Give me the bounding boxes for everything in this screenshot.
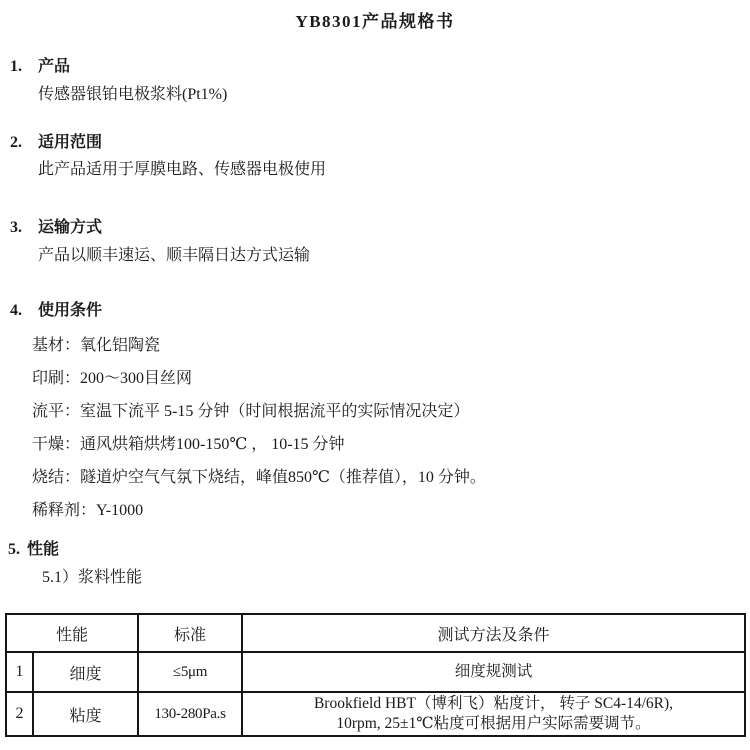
table-header-row: 性能 标准 测试方法及条件 [6,614,745,652]
table-row: 1 细度 ≤5μm 细度规测试 [6,652,745,692]
section-2-title: 适用范围 [38,133,102,153]
section-1-heading: 1. 产品 [0,57,750,77]
row-index-cell: 2 [6,692,33,736]
section-4-item-sintering: 烧结：隧道炉空气气氛下烧结，峰值850℃（推荐值），10 分钟。 [32,468,750,488]
row-standard-cell: 130-280Pa.s [138,692,242,736]
section-3-title: 运输方式 [38,218,102,238]
row-property-cell: 粘度 [33,692,138,736]
table-row: 2 粘度 130-280Pa.s Brookfield HBT（博利飞）粘度计，… [6,692,745,736]
section-5-title: 性能 [27,540,59,560]
table-header-method: 测试方法及条件 [242,614,745,652]
method-line: 10rpm, 25±1℃粘度可根据用户实际需要调节。 [245,714,742,734]
row-method-cell: 细度规测试 [242,652,745,692]
method-line: 细度规测试 [245,662,742,682]
table-header-standard: 标准 [138,614,242,652]
section-4-heading: 4. 使用条件 [0,301,750,321]
section-3-number: 3. [10,218,38,238]
section-4-item-printing: 印刷：200～300目丝网 [32,369,750,389]
section-3-heading: 3. 运输方式 [0,218,750,238]
section-1-body-line: 传感器银铂电极浆料(Pt1%) [38,85,750,105]
section-2-body-line: 此产品适用于厚膜电路、传感器电极使用 [38,160,750,180]
section-5-number: 5. [8,540,27,560]
section-5-body-line: 5.1）浆料性能 [42,568,750,588]
doc-title: YB8301产品规格书 [0,0,750,32]
row-index-cell: 1 [6,652,33,692]
section-5-heading: 5. 性能 [0,540,750,560]
section-2-heading: 2. 适用范围 [0,133,750,153]
document-page: YB8301产品规格书 1. 产品 传感器银铂电极浆料(Pt1%) 2. 适用范… [0,0,750,750]
section-4-item-leveling: 流平：室温下流平 5-15 分钟（时间根据流平的实际情况决定） [32,402,750,422]
section-1-title: 产品 [38,57,70,77]
section-4-item-thinner: 稀释剂：Y-1000 [32,501,750,521]
section-4-title: 使用条件 [38,301,102,321]
row-standard-cell: ≤5μm [138,652,242,692]
row-method-cell: Brookfield HBT（博利飞）粘度计， 转子 SC4-14/6R), 1… [242,692,745,736]
section-4-item-drying: 干燥：通风烘箱烘烤100-150℃ ， 10-15 分钟 [32,435,750,455]
section-4-item-substrate: 基材：氧化铝陶瓷 [32,336,750,356]
method-line: Brookfield HBT（博利飞）粘度计， 转子 SC4-14/6R), [245,694,742,714]
section-3-body-line: 产品以顺丰速运、顺丰隔日达方式运输 [38,246,750,266]
spec-table: 性能 标准 测试方法及条件 1 细度 ≤5μm 细度规测试 2 粘度 130-2… [5,613,746,737]
section-1-number: 1. [10,57,38,77]
table-header-property: 性能 [6,614,138,652]
section-2-number: 2. [10,133,38,153]
row-property-cell: 细度 [33,652,138,692]
section-4-number: 4. [10,301,38,321]
